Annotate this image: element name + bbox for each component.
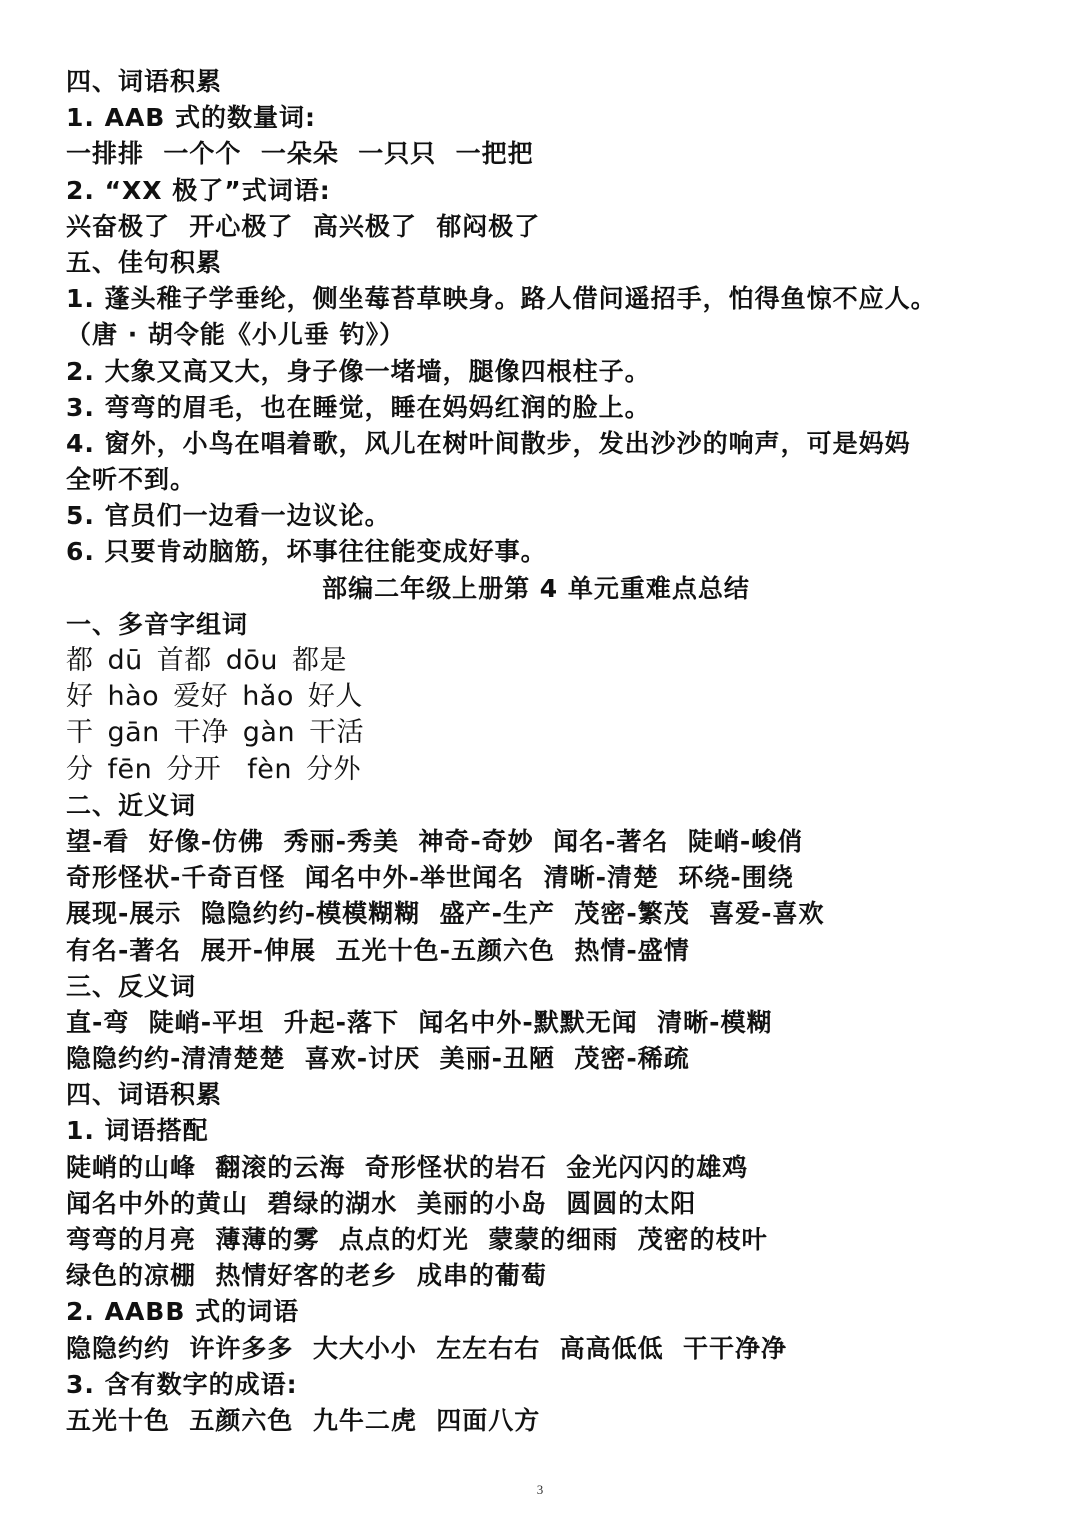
sentence: 4. 窗外，小鸟在唱着歌，风儿在树叶间散步，发出沙沙的响声，可是妈妈: [66, 426, 1026, 462]
polyphone-row: 都dū首都dōu都是: [66, 643, 1026, 679]
word: 分外: [306, 754, 361, 785]
pinyin: gān: [108, 717, 160, 748]
character: 都: [66, 645, 94, 676]
subheading: 2. “XX 极了”式词语:: [66, 173, 1026, 209]
synonym-row: 有名-著名 展开-伸展 五光十色-五颜六色 热情-盛情: [66, 933, 1026, 969]
word-list: 隐隐约约 许许多多 大大小小 左左右右 高高低低 干干净净: [66, 1331, 1026, 1367]
antonym-row: 直-弯 陡峭-平坦 升起-落下 闻名中外-默默无闻 清晰-模糊: [66, 1005, 1026, 1041]
word-list: 兴奋极了 开心极了 高兴极了 郁闷极了: [66, 209, 1026, 245]
word: 干净: [174, 717, 229, 748]
section-heading: 二、近义词: [66, 788, 1026, 824]
sentence: 1. 蓬头稚子学垂纶，侧坐莓苔草映身。路人借问遥招手，怕得鱼惊不应人。: [66, 281, 1026, 317]
pinyin: gàn: [243, 717, 295, 748]
character: 好: [66, 681, 94, 712]
unit-title: 部编二年级上册第 4 单元重难点总结: [66, 571, 1026, 607]
section-heading: 五、佳句积累: [66, 245, 1026, 281]
sentence-continuation: 全听不到。: [66, 462, 1026, 498]
character: 干: [66, 717, 94, 748]
section-heading: 一、多音字组词: [66, 607, 1026, 643]
collocation-row: 绿色的凉棚 热情好客的老乡 成串的葡萄: [66, 1258, 1026, 1294]
word-list: 五光十色 五颜六色 九牛二虎 四面八方: [66, 1403, 1026, 1439]
section-heading: 四、词语积累: [66, 1077, 1026, 1113]
word: 干活: [309, 717, 364, 748]
sentence-source: （唐 · 胡令能《小儿垂 钓》）: [66, 317, 1026, 353]
polyphone-row: 好hào爱好hǎo好人: [66, 679, 1026, 715]
collocation-row: 弯弯的月亮 薄薄的雾 点点的灯光 蒙蒙的细雨 茂密的枝叶: [66, 1222, 1026, 1258]
word: 都是: [292, 645, 347, 676]
collocation-row: 闻名中外的黄山 碧绿的湖水 美丽的小岛 圆圆的太阳: [66, 1186, 1026, 1222]
synonym-row: 望-看 好像-仿佛 秀丽-秀美 神奇-奇妙 闻名-著名 陡峭-峻俏: [66, 824, 1026, 860]
pinyin: hào: [108, 681, 160, 712]
character: 分: [66, 754, 94, 785]
word: 分开: [166, 754, 221, 785]
antonym-row: 隐隐约约-清清楚楚 喜欢-讨厌 美丽-丑陋 茂密-稀疏: [66, 1041, 1026, 1077]
pinyin: fèn: [247, 754, 292, 785]
document-page: 四、词语积累 1. AAB 式的数量词: 一排排 一个个 一朵朵 一只只 一把把…: [66, 64, 1026, 1439]
word: 首都: [157, 645, 212, 676]
section-heading: 四、词语积累: [66, 64, 1026, 100]
section-heading: 三、反义词: [66, 969, 1026, 1005]
polyphone-row: 干gān干净gàn干活: [66, 715, 1026, 751]
sentence: 3. 弯弯的眉毛，也在睡觉，睡在妈妈红润的脸上。: [66, 390, 1026, 426]
word-list: 一排排 一个个 一朵朵 一只只 一把把: [66, 136, 1026, 172]
sentence: 2. 大象又高又大，身子像一堵墙，腿像四根柱子。: [66, 354, 1026, 390]
sentence: 5. 官员们一边看一边议论。: [66, 498, 1026, 534]
sentence: 6. 只要肯动脑筋，坏事往往能变成好事。: [66, 534, 1026, 570]
subheading: 3. 含有数字的成语:: [66, 1367, 1026, 1403]
synonym-row: 展现-展示 隐隐约约-模模糊糊 盛产-生产 茂密-繁茂 喜爱-喜欢: [66, 896, 1026, 932]
pinyin: hǎo: [242, 681, 294, 712]
word: 好人: [308, 681, 363, 712]
collocation-row: 陡峭的山峰 翻滚的云海 奇形怪状的岩石 金光闪闪的雄鸡: [66, 1150, 1026, 1186]
synonym-row: 奇形怪状-千奇百怪 闻名中外-举世闻名 清晰-清楚 环绕-围绕: [66, 860, 1026, 896]
polyphone-row: 分fēn分开fèn分外: [66, 752, 1026, 788]
pinyin: dū: [108, 645, 143, 676]
subheading: 1. AAB 式的数量词:: [66, 100, 1026, 136]
word: 爱好: [173, 681, 228, 712]
page-number: 3: [0, 1482, 1080, 1498]
subheading: 1. 词语搭配: [66, 1113, 1026, 1149]
pinyin: dōu: [226, 645, 278, 676]
subheading: 2. AABB 式的词语: [66, 1294, 1026, 1330]
pinyin: fēn: [108, 754, 153, 785]
